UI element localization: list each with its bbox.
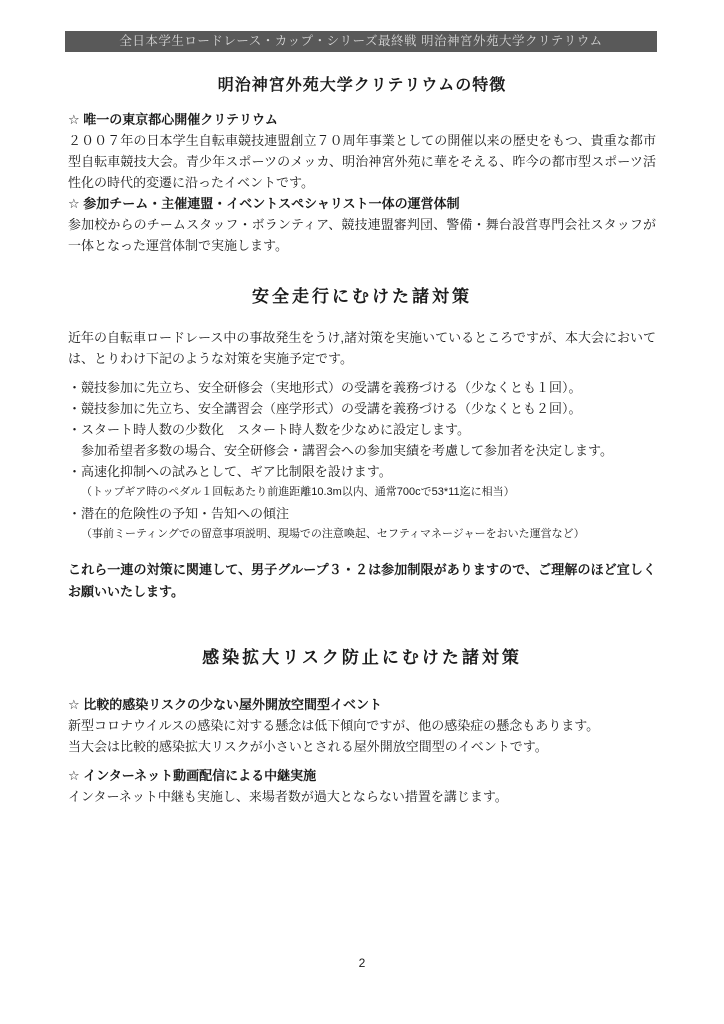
page-content: 明治神宮外苑大学クリテリウムの特徴 ☆ 唯一の東京都心開催クリテリウム ２００７… xyxy=(68,52,656,807)
section2-title: 安全走行にむけた諸対策 xyxy=(68,286,656,308)
page-number: 2 xyxy=(0,956,724,970)
section1-item2-body: 参加校からのチームスタッフ・ボランティア、競技連盟審判団、警備・舞台設営専門会社… xyxy=(68,214,656,256)
bullet-item: ・スタート時人数の少数化 スタート時人数を少なめに設定します。 xyxy=(68,419,656,440)
bullet-item: ・高速化抑制への試みとして、ギア比制限を設けます。 xyxy=(68,461,656,482)
section1-item1-body: ２００７年の日本学生自転車競技連盟創立７０周年事業としての開催以来の歴史をもつ、… xyxy=(68,130,656,193)
bullet-item-subline: 参加希望者多数の場合、安全研修会・講習会への参加実績を考慮して参加者を決定します… xyxy=(68,440,656,461)
section1-title: 明治神宮外苑大学クリテリウムの特徴 xyxy=(68,76,656,96)
section3-title: 感染拡大リスク防止にむけた諸対策 xyxy=(68,647,656,669)
section2-bullet-list: ・競技参加に先立ち、安全研修会（実地形式）の受講を義務づける（少なくとも１回）。… xyxy=(68,377,656,545)
document-page: 全日本学生ロードレース・カップ・シリーズ最終戦 明治神宮外苑大学クリテリウム 明… xyxy=(0,0,724,1024)
section1-item1-heading: ☆ 唯一の東京都心開催クリテリウム xyxy=(68,109,656,130)
bullet-item-note: （トップギア時のペダル１回転あたり前進距離10.3m以内、通常700cで53*1… xyxy=(68,482,656,503)
section3-item2-heading: ☆ インターネット動画配信による中継実施 xyxy=(68,765,656,786)
section3-item2-line1: インターネット中継も実施し、来場者数が過大とならない措置を講じます。 xyxy=(68,786,656,807)
bullet-item-note: （事前ミーティングでの留意事項説明、現場での注意喚起、セフティマネージャーをおい… xyxy=(68,524,656,545)
running-header-bar: 全日本学生ロードレース・カップ・シリーズ最終戦 明治神宮外苑大学クリテリウム xyxy=(65,31,657,52)
section2-intro: 近年の自転車ロードレース中の事故発生をうけ,諸対策を実施いているところですが、本… xyxy=(68,327,656,369)
section3-item1-line2: 当大会は比較的感染拡大リスクが小さいとされる屋外開放空間型のイベントです。 xyxy=(68,736,656,757)
bullet-item: ・競技参加に先立ち、安全研修会（実地形式）の受講を義務づける（少なくとも１回）。 xyxy=(68,377,656,398)
bullet-item: ・潜在的危険性の予知・告知への傾注 xyxy=(68,503,656,524)
section3-item1-line1: 新型コロナウイルスの感染に対する懸念は低下傾向ですが、他の感染症の懸念もあります… xyxy=(68,715,656,736)
bullet-item: ・競技参加に先立ち、安全講習会（座学形式）の受講を義務づける（少なくとも２回）。 xyxy=(68,398,656,419)
section1-item2-heading: ☆ 参加チーム・主催連盟・イベントスペシャリスト一体の運営体制 xyxy=(68,193,656,214)
section3-item1-heading: ☆ 比較的感染リスクの少ない屋外開放空間型イベント xyxy=(68,694,656,715)
section2-emphasis: これら一連の対策に関連して、男子グループ３・２は参加制限がありますので、ご理解の… xyxy=(68,559,656,603)
